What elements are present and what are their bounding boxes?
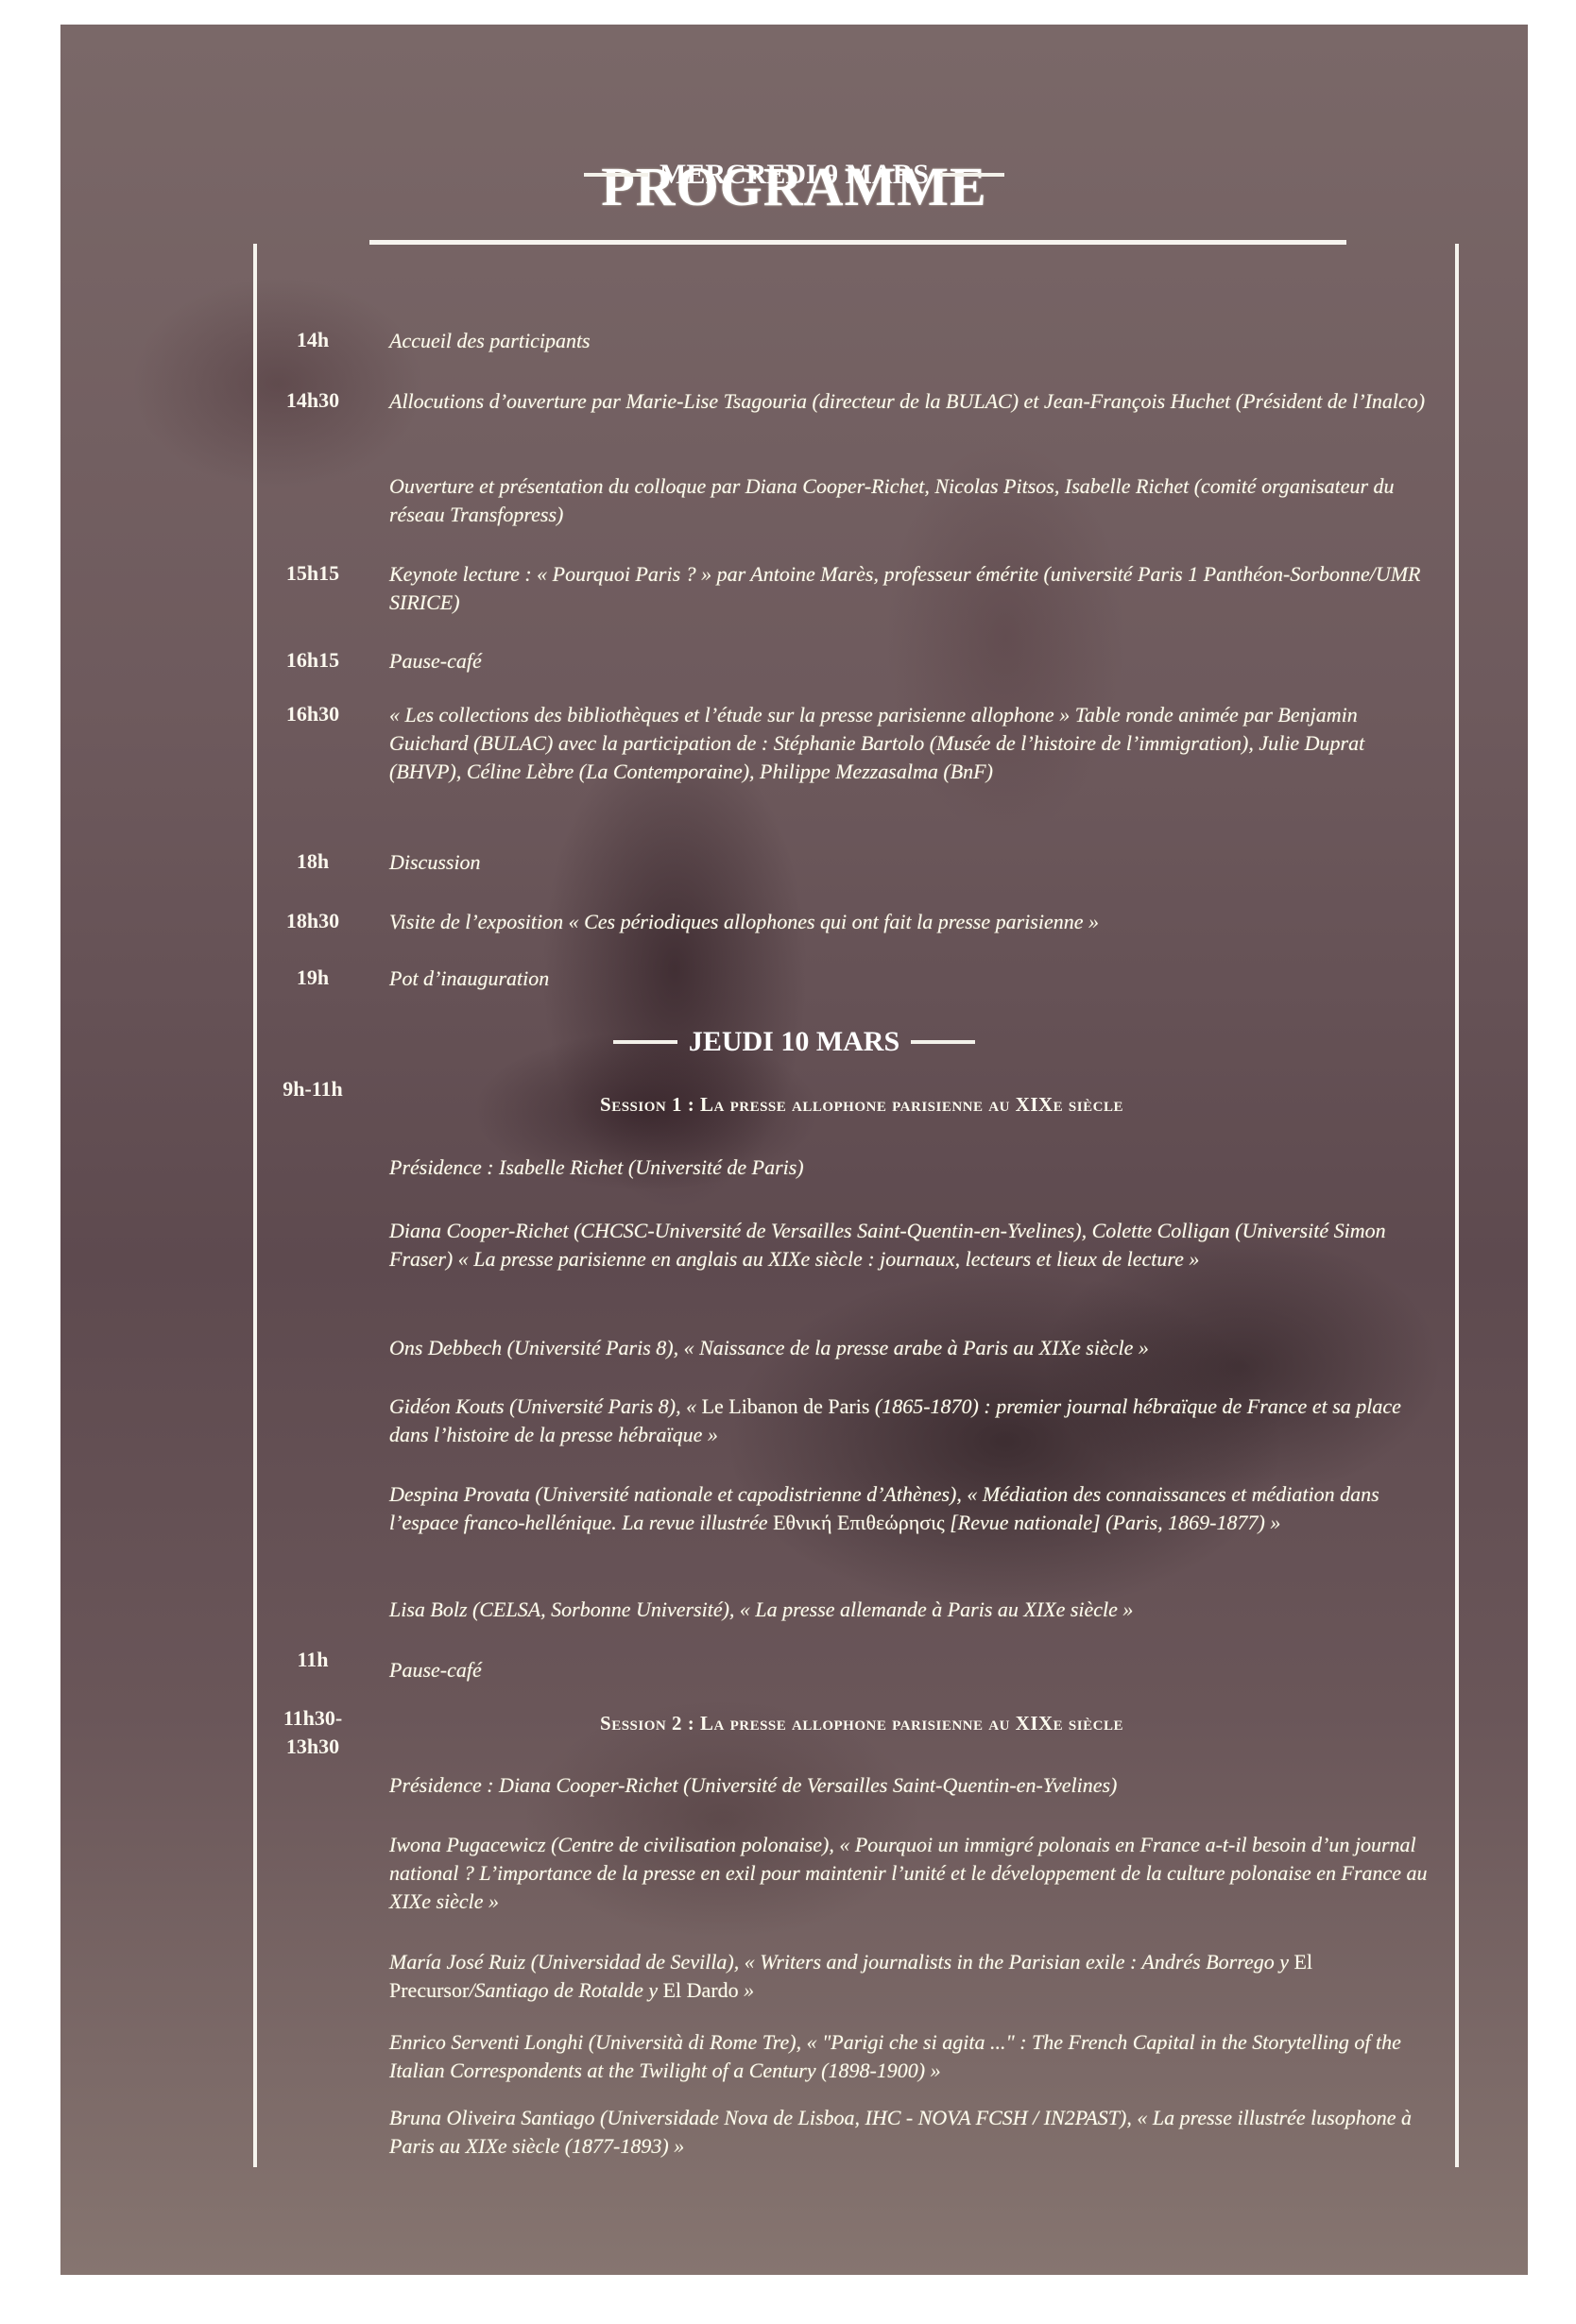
session-title: Session 1 : La presse allophone parisien… <box>389 1093 1334 1117</box>
day-heading-thursday: JEUDI 10 MARS <box>60 1026 1528 1058</box>
program-item: Iwona Pugacewicz (Centre de civilisation… <box>389 1831 1433 1916</box>
program-item: Diana Cooper-Richet (CHCSC-Université de… <box>389 1217 1433 1273</box>
day-heading-wednesday: MERCREDI 9 MARS <box>60 159 1528 191</box>
program-item: Pot d’inauguration <box>389 965 1433 993</box>
session-title: Session 2 : La presse allophone parisien… <box>389 1712 1334 1735</box>
program-item: Pause-café <box>389 647 1433 675</box>
periodical-title: Le Libanon de Paris <box>702 1394 870 1418</box>
program-item: Présidence : Diana Cooper-Richet (Univer… <box>389 1771 1433 1800</box>
program-item: Bruna Oliveira Santiago (Universidade No… <box>389 2104 1433 2161</box>
time-label: 16h15 <box>261 646 365 675</box>
time-label: 18h30 <box>261 907 365 935</box>
time-label: 18h <box>261 847 365 876</box>
time-label: 19h <box>261 964 365 992</box>
program-item: Ouverture et présentation du colloque pa… <box>389 472 1433 529</box>
programme-page: PROGRAMME MERCREDI 9 MARS 14h Accueil de… <box>60 25 1528 2275</box>
item-text: Gidéon Kouts (Université Paris 8), « <box>389 1394 702 1418</box>
time-label: 16h30 <box>261 700 365 728</box>
program-item: Lisa Bolz (CELSA, Sorbonne Université), … <box>389 1596 1433 1624</box>
item-text: /Santiago de Rotalde y <box>469 1978 662 2002</box>
day-label: JEUDI 10 MARS <box>689 1026 899 1058</box>
program-item: Présidence : Isabelle Richet (Université… <box>389 1153 1433 1182</box>
time-label: 14h <box>261 326 365 354</box>
program-item: Visite de l’exposition « Ces périodiques… <box>389 908 1433 936</box>
periodical-title: Εθνική Επιθεώρησις <box>773 1511 945 1534</box>
item-text: » <box>739 1978 755 2002</box>
divider <box>613 1040 677 1044</box>
program-item: María José Ruiz (Universidad de Sevilla)… <box>389 1948 1433 2005</box>
program-item: Ons Debbech (Université Paris 8), « Nais… <box>389 1334 1433 1362</box>
program-item: Despina Provata (Université nationale et… <box>389 1480 1433 1537</box>
periodical-title: El Dardo <box>663 1978 739 2002</box>
time-label: 11h <box>261 1646 365 1674</box>
divider <box>911 1040 975 1044</box>
divider <box>940 173 1004 177</box>
item-text: María José Ruiz (Universidad de Sevilla)… <box>389 1950 1294 1974</box>
right-border-line <box>1455 244 1459 2167</box>
day-label: MERCREDI 9 MARS <box>660 159 929 191</box>
program-item: Enrico Serventi Longhi (Università di Ro… <box>389 2028 1433 2085</box>
time-label: 9h-11h <box>261 1075 365 1103</box>
left-border-line <box>253 244 257 2167</box>
program-item: « Les collections des bibliothèques et l… <box>389 701 1433 786</box>
title-underline <box>369 240 1346 245</box>
program-item: Pause-café <box>389 1656 1433 1684</box>
time-label: 11h30-13h30 <box>261 1704 365 1761</box>
item-text: [Revue nationale] (Paris, 1869-1877) » <box>945 1511 1281 1534</box>
time-label: 15h15 <box>261 559 365 588</box>
program-item: Allocutions d’ouverture par Marie-Lise T… <box>389 387 1433 416</box>
program-item: Keynote lecture : « Pourquoi Paris ? » p… <box>389 560 1433 617</box>
time-label: 14h30 <box>261 386 365 415</box>
program-item: Accueil des participants <box>389 327 1433 355</box>
program-item: Gidéon Kouts (Université Paris 8), « Le … <box>389 1393 1433 1449</box>
program-item: Discussion <box>389 848 1433 877</box>
divider <box>584 173 648 177</box>
